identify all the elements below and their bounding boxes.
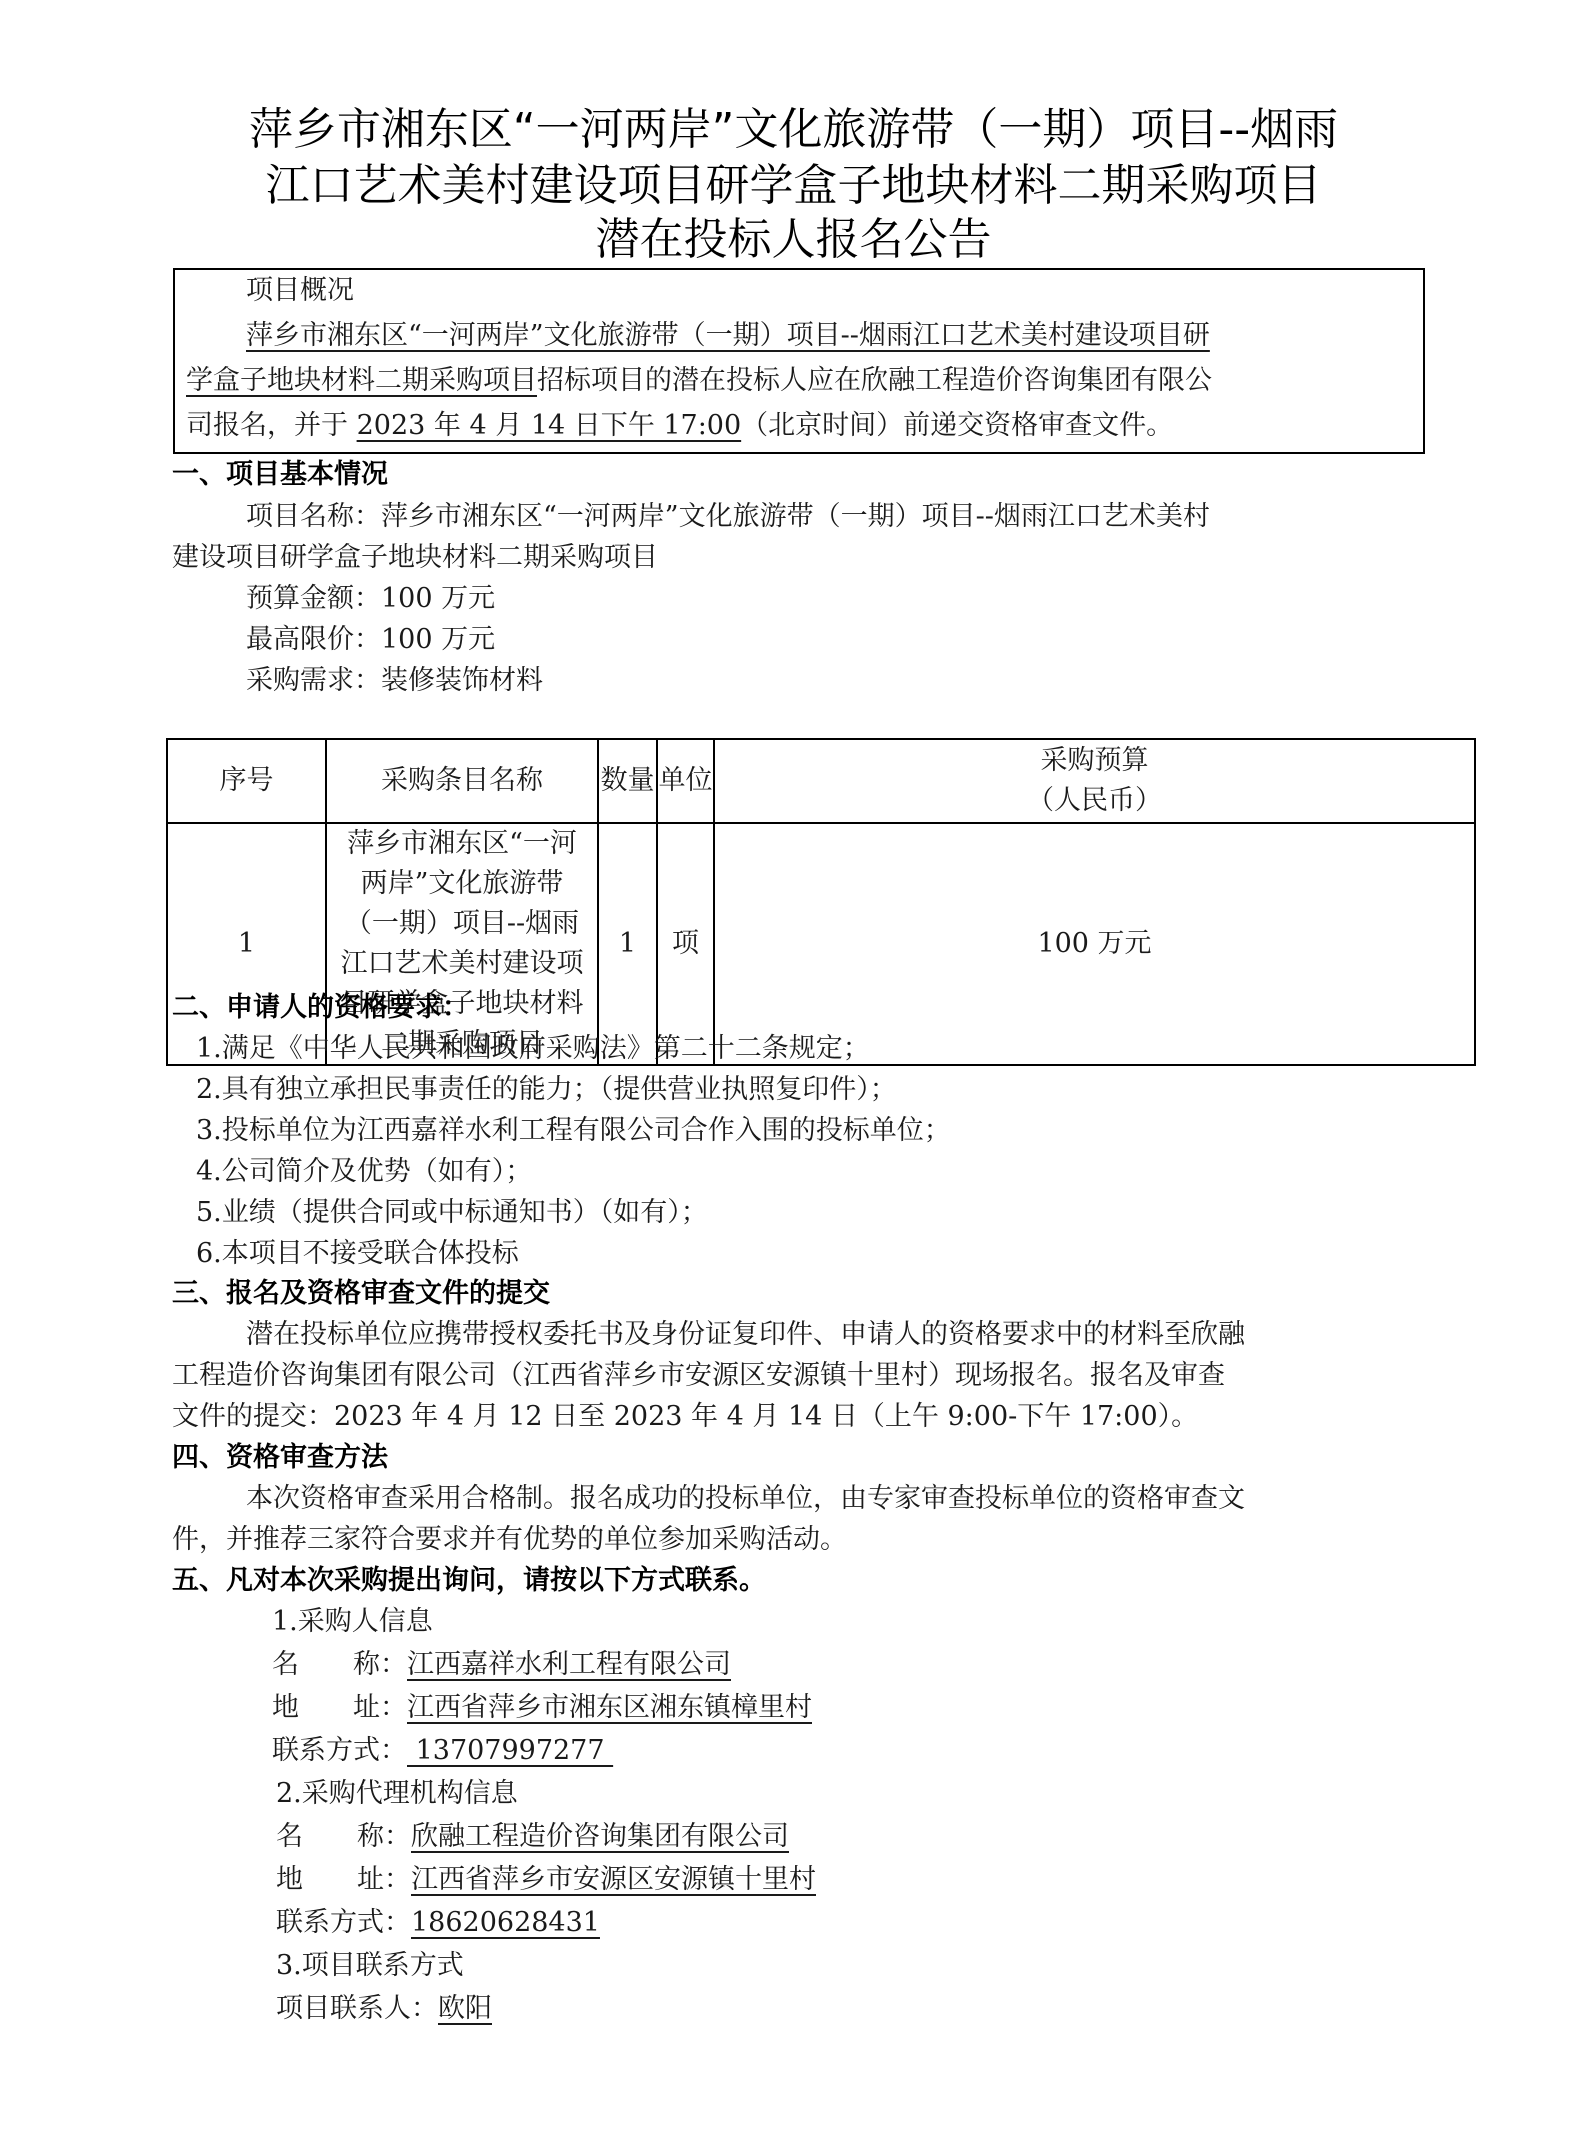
project-contact-person: 欧阳: [438, 1993, 492, 2024]
review-method-line-2: 件，并推荐三家符合要求并有优势的单位参加采购活动。: [172, 1520, 847, 1560]
qualification-item-6: 6.本项目不接受联合体投标: [196, 1234, 519, 1274]
agency-address: 江西省萍乡市安源区安源镇十里村: [411, 1864, 816, 1895]
document-title-line-3: 潜在投标人报名公告: [0, 212, 1587, 268]
header-no: 序号: [167, 739, 326, 823]
section-3-heading: 三、报名及资格审查文件的提交: [172, 1274, 550, 1314]
budget-amount: 预算金额：100 万元: [246, 579, 495, 619]
section-2-heading: 二、申请人的资格要求：: [172, 988, 469, 1028]
purchaser-address-row: 地 址：江西省萍乡市湘东区湘东镇樟里村: [272, 1688, 812, 1728]
project-contact-label: 3.项目联系方式: [276, 1946, 464, 1986]
header-budget-line-2: （人民币）: [715, 781, 1474, 821]
project-name-line-1: 项目名称：萍乡市湘东区“一河两岸”文化旅游带（一期）项目--烟雨江口艺术美村: [246, 497, 1210, 537]
header-quantity: 数量: [598, 739, 657, 823]
agency-info-label: 2.采购代理机构信息: [276, 1774, 518, 1814]
header-unit: 单位: [657, 739, 714, 823]
document-title-line-2: 江口艺术美村建设项目研学盒子地块材料二期采购项目: [0, 158, 1587, 214]
qualification-item-1: 1.满足《中华人民共和国政府采购法》第二十二条规定；: [196, 1029, 870, 1069]
overview-project-name-line-2: 学盒子地块材料二期采购项目: [186, 365, 537, 396]
agency-contact-row: 联系方式：18620628431: [276, 1903, 600, 1943]
purchaser-contact-row: 联系方式： 13707997277: [272, 1731, 613, 1771]
overview-line-2-rest: 招标项目的潜在投标人应在欣融工程造价咨询集团有限公: [537, 365, 1212, 396]
agency-contact-label: 联系方式：: [276, 1907, 411, 1938]
project-contact-person-label: 项目联系人：: [276, 1993, 438, 2024]
max-price: 最高限价：100 万元: [246, 620, 495, 660]
overview-line-3-suffix: （北京时间）前递交资格审查文件。: [741, 410, 1173, 441]
purchaser-name: 江西嘉祥水利工程有限公司: [407, 1649, 731, 1680]
agency-address-row: 地 址：江西省萍乡市安源区安源镇十里村: [276, 1860, 816, 1900]
table-header-row: 序号 采购条目名称 数量 单位 采购预算 （人民币）: [167, 739, 1475, 823]
review-method-line-1: 本次资格审查采用合格制。报名成功的投标单位，由专家审查投标单位的资格审查文: [246, 1479, 1245, 1519]
purchaser-name-label: 名 称：: [272, 1649, 407, 1680]
submission-line-1: 潜在投标单位应携带授权委托书及身份证复印件、申请人的资格要求中的材料至欣融: [246, 1315, 1245, 1355]
purchaser-phone: 13707997277: [407, 1735, 613, 1766]
qualification-item-2: 2.具有独立承担民事责任的能力；（提供营业执照复印件）；: [196, 1070, 897, 1110]
agency-name-row: 名 称：欣融工程造价咨询集团有限公司: [276, 1817, 789, 1857]
purchaser-address: 江西省萍乡市湘东区湘东镇樟里村: [407, 1692, 812, 1723]
section-1-heading: 一、项目基本情况: [172, 455, 388, 495]
purchaser-name-row: 名 称：江西嘉祥水利工程有限公司: [272, 1645, 731, 1685]
agency-name-label: 名 称：: [276, 1821, 411, 1852]
document-title-line-1: 萍乡市湘东区“一河两岸”文化旅游带（一期）项目--烟雨: [0, 102, 1587, 158]
overview-label: 项目概况: [246, 271, 354, 311]
agency-phone: 18620628431: [411, 1907, 600, 1938]
qualification-item-3: 3.投标单位为江西嘉祥水利工程有限公司合作入围的投标单位；: [196, 1111, 951, 1151]
section-5-heading: 五、凡对本次采购提出询问，请按以下方式联系。: [172, 1561, 766, 1601]
qualification-item-5: 5.业绩（提供合同或中标通知书）（如有）；: [196, 1193, 708, 1233]
header-budget-line-1: 采购预算: [715, 741, 1474, 781]
agency-name: 欣融工程造价咨询集团有限公司: [411, 1821, 789, 1852]
qualification-item-4: 4.公司简介及优势（如有）；: [196, 1152, 532, 1192]
overview-project-name-line-1: 萍乡市湘东区“一河两岸”文化旅游带（一期）项目--烟雨江口艺术美村建设项目研: [246, 316, 1210, 356]
procurement-requirement: 采购需求：装修装饰材料: [246, 661, 543, 701]
header-item-name: 采购条目名称: [326, 739, 598, 823]
overview-line-3-prefix: 司报名，并于: [186, 410, 357, 441]
purchaser-info-label: 1.采购人信息: [272, 1602, 433, 1642]
overview-line-3: 司报名，并于 2023 年 4 月 14 日下午 17:00（北京时间）前递交资…: [186, 406, 1173, 446]
section-4-heading: 四、资格审查方法: [172, 1438, 388, 1478]
header-budget: 采购预算 （人民币）: [714, 739, 1475, 823]
purchaser-contact-label: 联系方式：: [272, 1735, 407, 1766]
overview-line-2: 学盒子地块材料二期采购项目招标项目的潜在投标人应在欣融工程造价咨询集团有限公: [186, 361, 1212, 401]
agency-address-label: 地 址：: [276, 1864, 411, 1895]
purchaser-address-label: 地 址：: [272, 1692, 407, 1723]
submission-line-3: 文件的提交：2023 年 4 月 12 日至 2023 年 4 月 14 日（上…: [172, 1397, 1198, 1437]
overview-deadline: 2023 年 4 月 14 日下午 17:00: [357, 410, 742, 441]
project-name-line-2: 建设项目研学盒子地块材料二期采购项目: [172, 538, 658, 578]
project-contact-row: 项目联系人：欧阳: [276, 1989, 492, 2029]
submission-line-2: 工程造价咨询集团有限公司（江西省萍乡市安源区安源镇十里村）现场报名。报名及审查: [172, 1356, 1225, 1396]
